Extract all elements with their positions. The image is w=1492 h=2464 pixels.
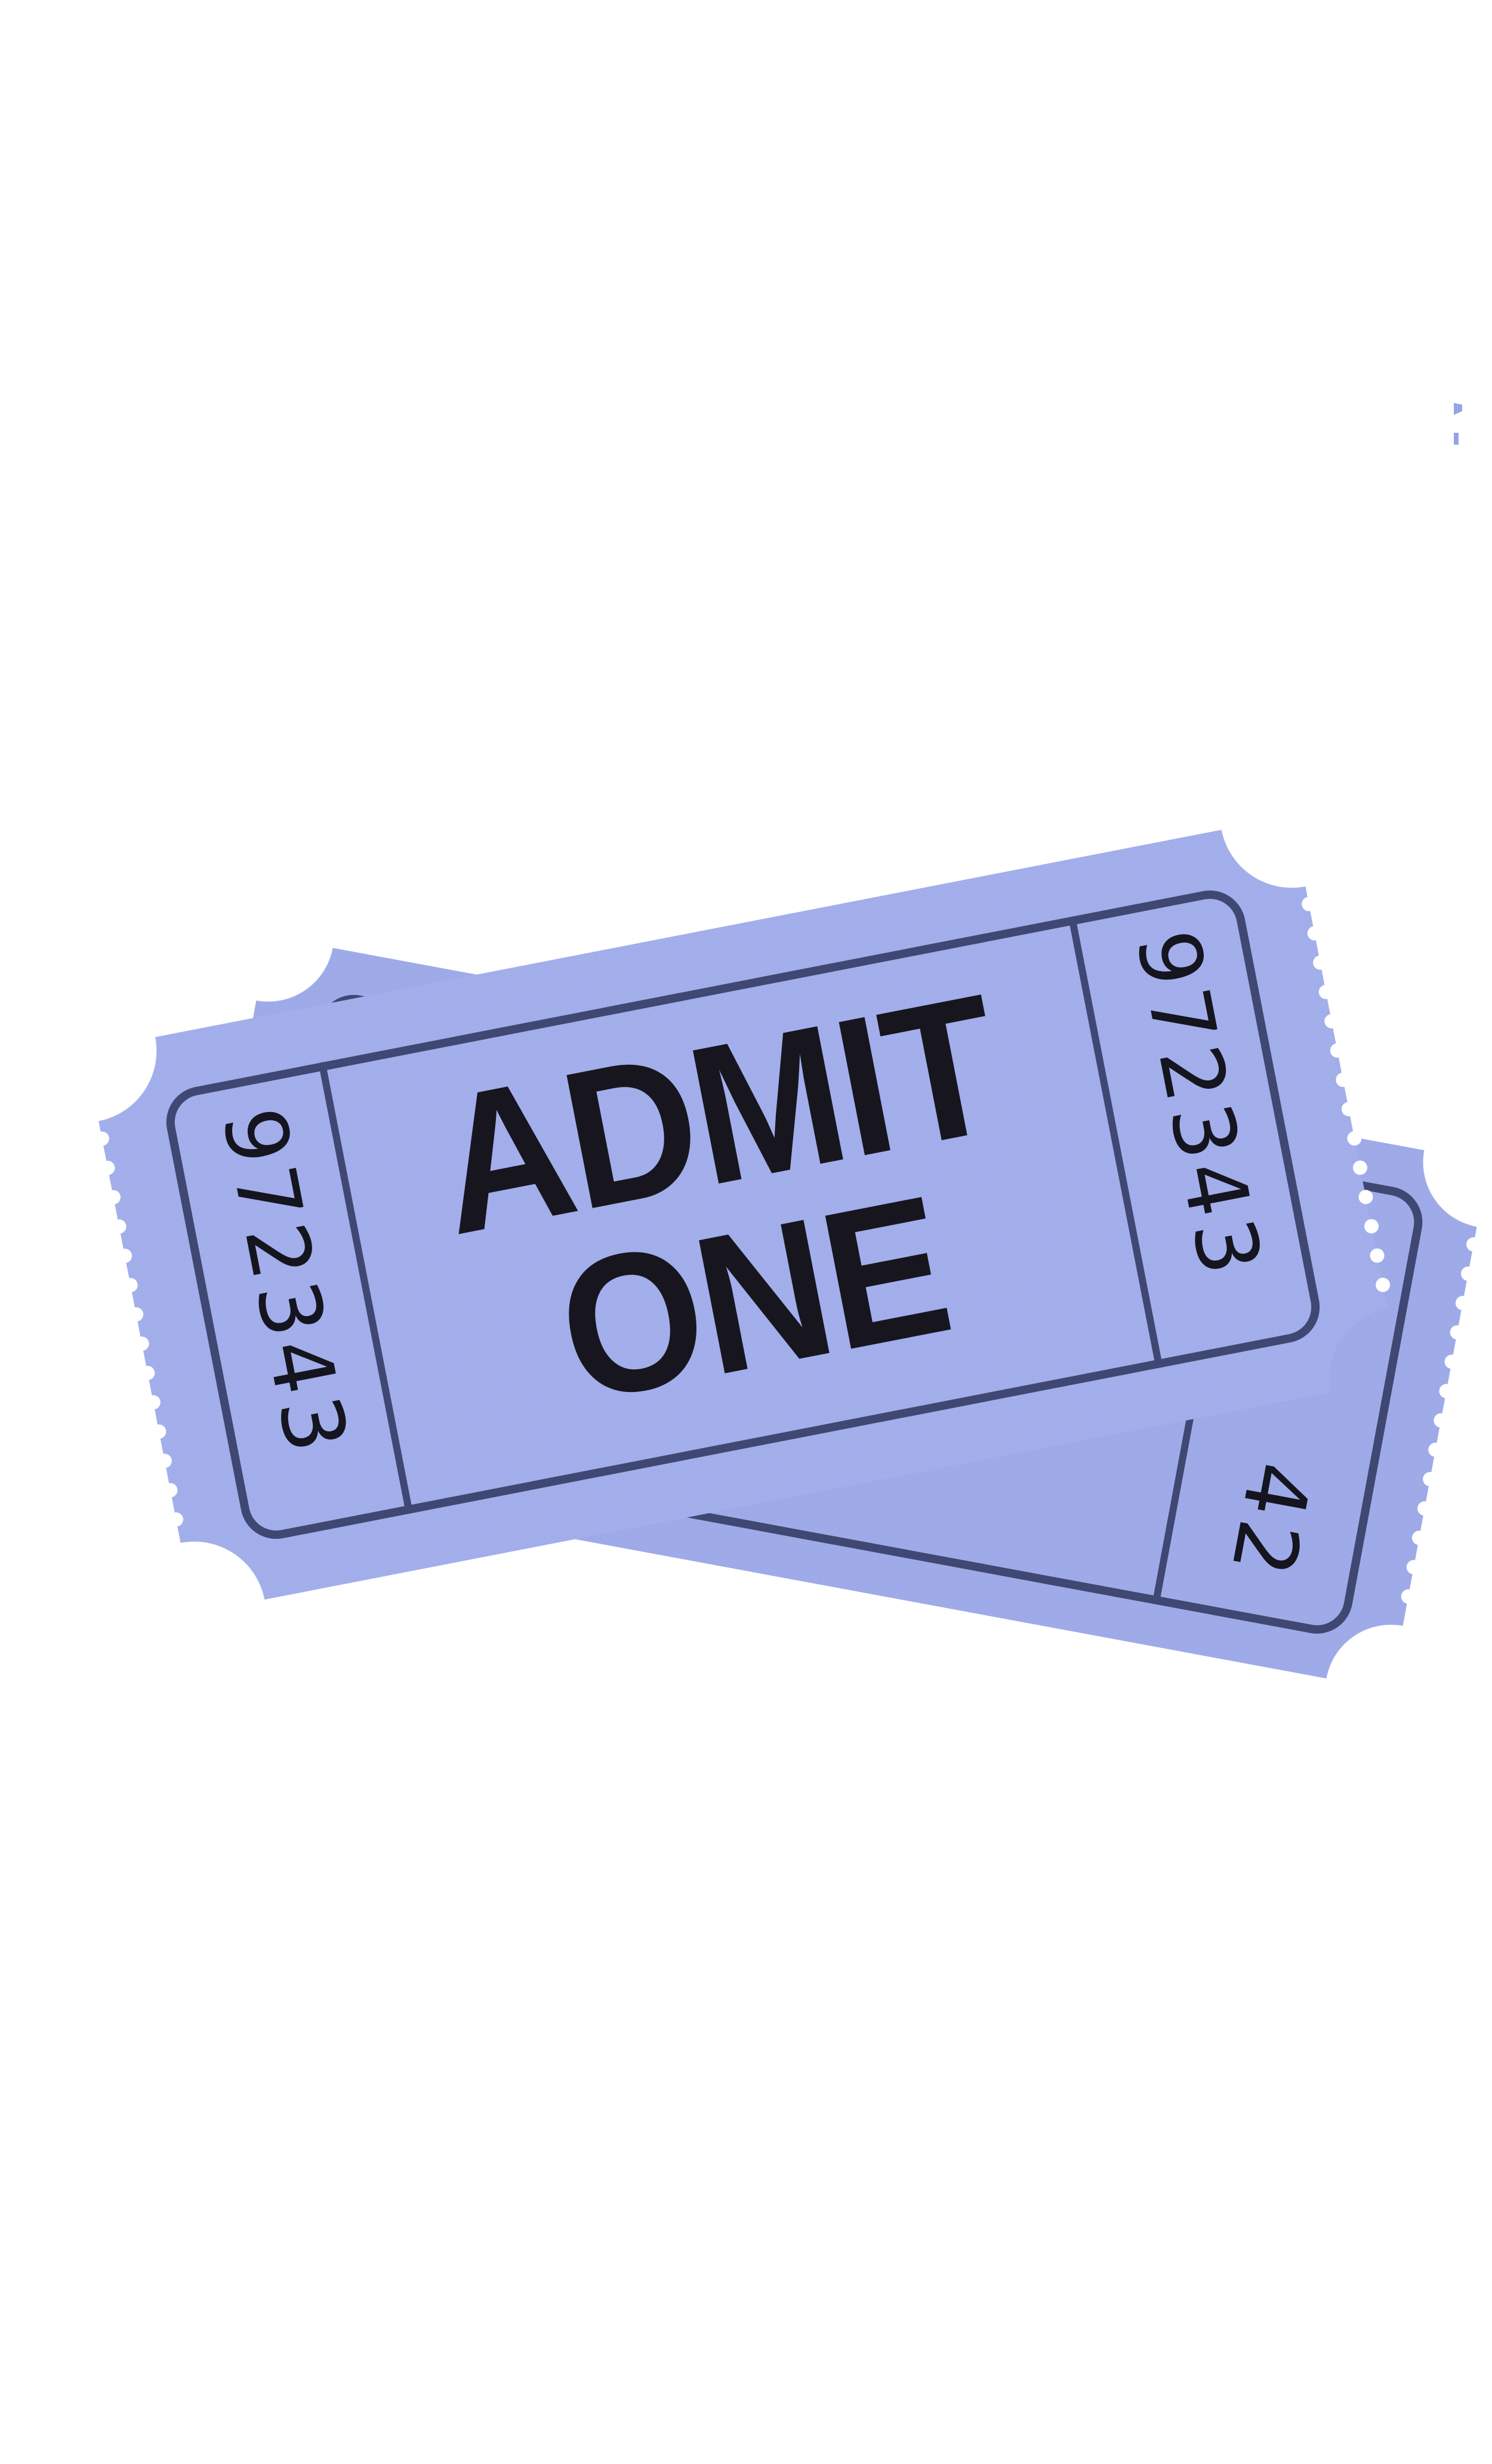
- paper-fragment: [1454, 433, 1459, 445]
- photo-scene: 42: [0, 0, 1492, 2464]
- paper-fragment: [1454, 403, 1462, 415]
- serial-number: 42: [1217, 1456, 1322, 1587]
